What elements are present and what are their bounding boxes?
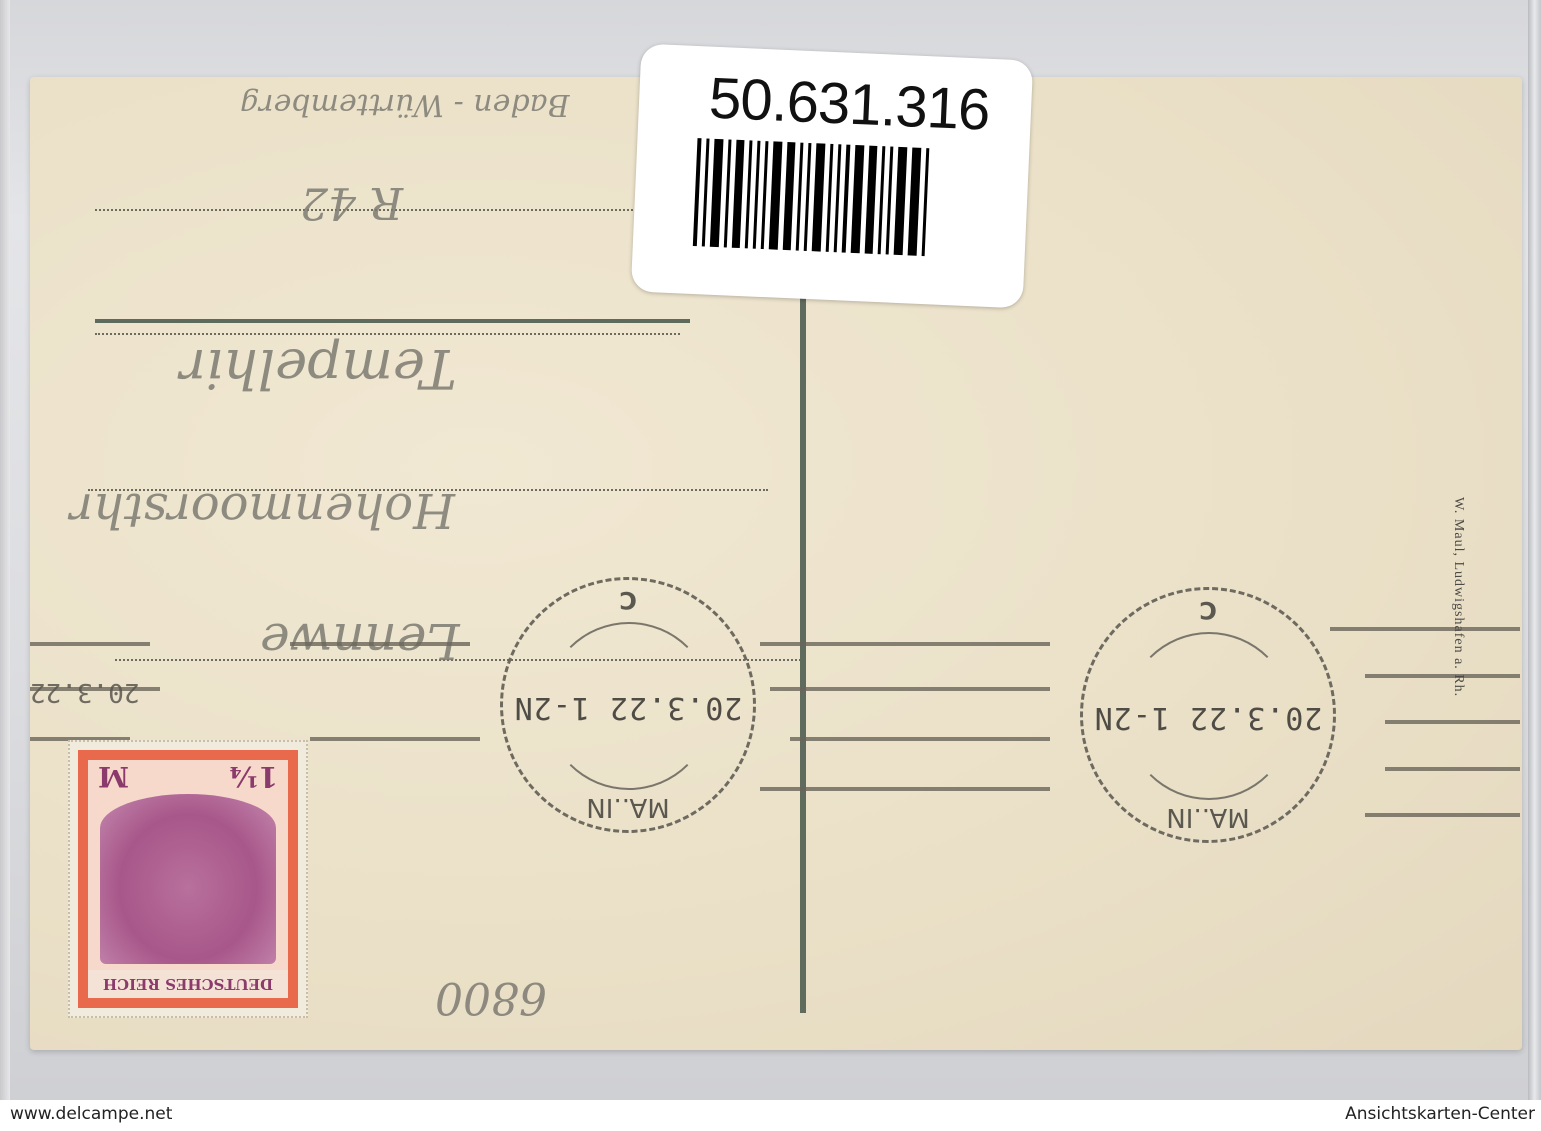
postmark-letter: C bbox=[1083, 596, 1333, 624]
postmark: MA..IN 20.3.22 1-2N C bbox=[1080, 587, 1336, 843]
germania-portrait bbox=[100, 794, 276, 964]
stamp-currency: M bbox=[98, 760, 129, 793]
postmark-date: 20.3.22 1-2N bbox=[503, 690, 753, 725]
inventory-barcode-label: 50.631.316 bbox=[631, 44, 1033, 309]
cancel-bar bbox=[310, 737, 480, 741]
barcode bbox=[693, 138, 967, 258]
stamp-denomination: 1¼ bbox=[229, 760, 278, 793]
delcampe-link[interactable]: www.delcampe.net bbox=[10, 1104, 172, 1124]
cancel-bar bbox=[760, 787, 1050, 791]
handwritten-region-note: Baden - Württemberg bbox=[240, 87, 570, 122]
postage-stamp: DEUTSCHES REICH 1¼ M bbox=[68, 740, 308, 1018]
handwritten-address-3: Lennwe bbox=[260, 612, 460, 670]
postmark: MA..IN 20.3.22 1-2N C bbox=[500, 577, 756, 833]
seller-name: Ansichtskarten-Center bbox=[1345, 1104, 1535, 1124]
stamp-country: DEUTSCHES REICH bbox=[88, 970, 288, 998]
handwritten-address-2: Hohenmoorsthr bbox=[70, 482, 455, 538]
address-line-2 bbox=[95, 333, 680, 335]
postmark-city: MA..IN bbox=[1083, 802, 1333, 832]
cancel-bar bbox=[770, 687, 1050, 691]
item-number: 50.631.316 bbox=[708, 65, 991, 144]
cancel-bar bbox=[1365, 674, 1520, 678]
message-address-divider bbox=[800, 285, 806, 1013]
address-rule-thick bbox=[95, 319, 690, 323]
cancel-bar bbox=[1365, 813, 1520, 817]
postmark-date: 20.3.22 1-2N bbox=[1083, 700, 1333, 735]
cancel-bar bbox=[1330, 627, 1520, 631]
postmark-letter: C bbox=[503, 586, 753, 614]
handwritten-address-1: Tempelhir bbox=[180, 337, 457, 400]
sleeve-edge-left bbox=[0, 0, 10, 1100]
postmark-city: MA..IN bbox=[503, 792, 753, 822]
cancel-bar bbox=[30, 642, 150, 646]
cancel-bar bbox=[1385, 767, 1520, 771]
partial-postmark-date: 20.3.22 bbox=[30, 677, 140, 707]
handwritten-inventory-number: 6800 bbox=[435, 972, 547, 1023]
cancel-bar bbox=[790, 737, 1050, 741]
cancel-bar bbox=[760, 642, 1050, 646]
cancel-bar bbox=[1385, 720, 1520, 724]
cancel-bar bbox=[290, 642, 470, 646]
printer-imprint: W. Maul, Ludwigshafen a. Rh. bbox=[1450, 497, 1466, 697]
handwritten-corner-code: R 42 bbox=[300, 177, 403, 228]
footer-bar: www.delcampe.net Ansichtskarten-Center bbox=[0, 1100, 1541, 1131]
sleeve-edge-right bbox=[1528, 0, 1541, 1100]
